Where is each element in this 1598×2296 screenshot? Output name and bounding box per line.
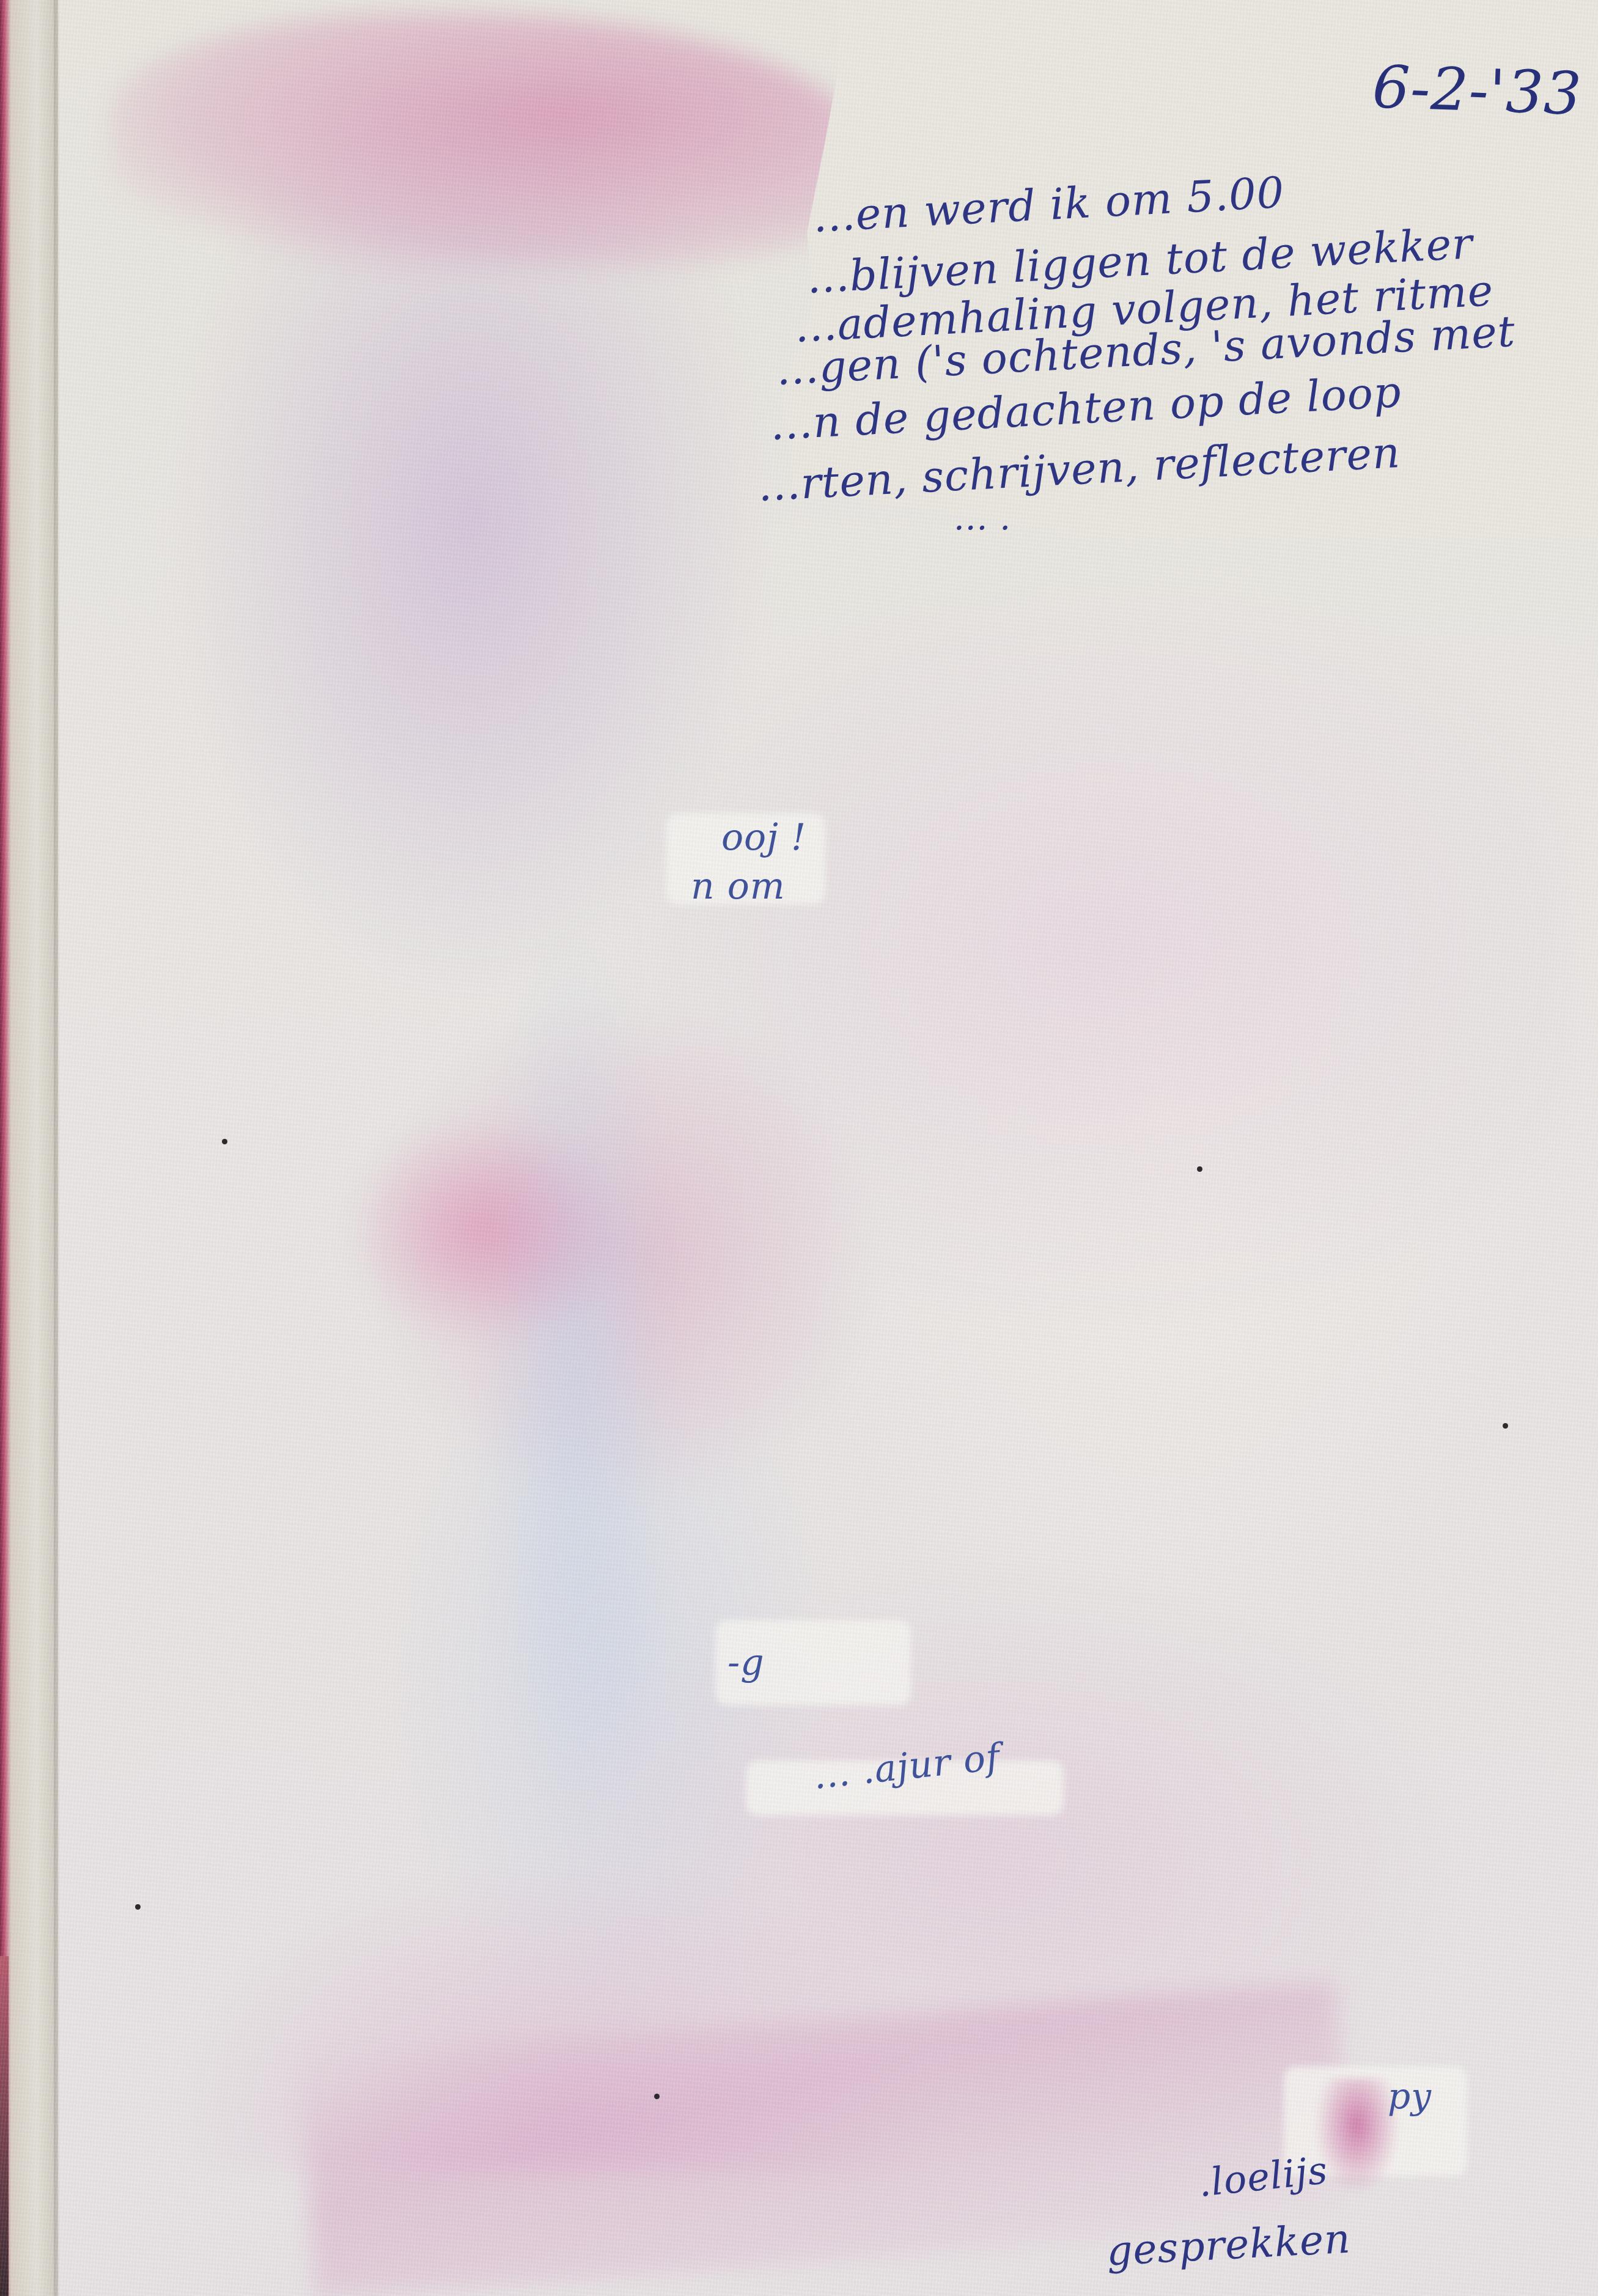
paper-speck <box>654 2094 660 2099</box>
paper-speck <box>1197 1166 1202 1172</box>
text-fragment: n om <box>691 868 786 905</box>
page-edge-shadow <box>54 0 60 2296</box>
paper-speck <box>135 1904 141 1910</box>
text-fragment: gesprekken <box>1106 2219 1352 2272</box>
text-fragment: ooj ! <box>721 819 806 856</box>
entry-date: 6-2-'33 <box>1371 57 1583 123</box>
journal-page: 6-2-'33 ...en werd ik om 5.00 ...blijven… <box>0 0 1598 2296</box>
watercolor-wash-pink-mid <box>342 1113 624 1345</box>
text-fragment: -g <box>727 1644 765 1681</box>
text-fragment: py <box>1388 2078 1432 2114</box>
text-fragment: .loelijs <box>1196 2151 1330 2202</box>
entry-line: ... . <box>954 501 1011 535</box>
paper-speck <box>222 1139 227 1144</box>
book-binding-edge <box>0 0 58 2296</box>
unpainted-paper-fade <box>770 526 1598 648</box>
watercolor-wash-pink-top <box>110 12 868 269</box>
book-cover-edge <box>0 1956 9 2296</box>
watercolor-wash-blue <box>477 917 672 1834</box>
paper-speck <box>1503 1423 1508 1429</box>
